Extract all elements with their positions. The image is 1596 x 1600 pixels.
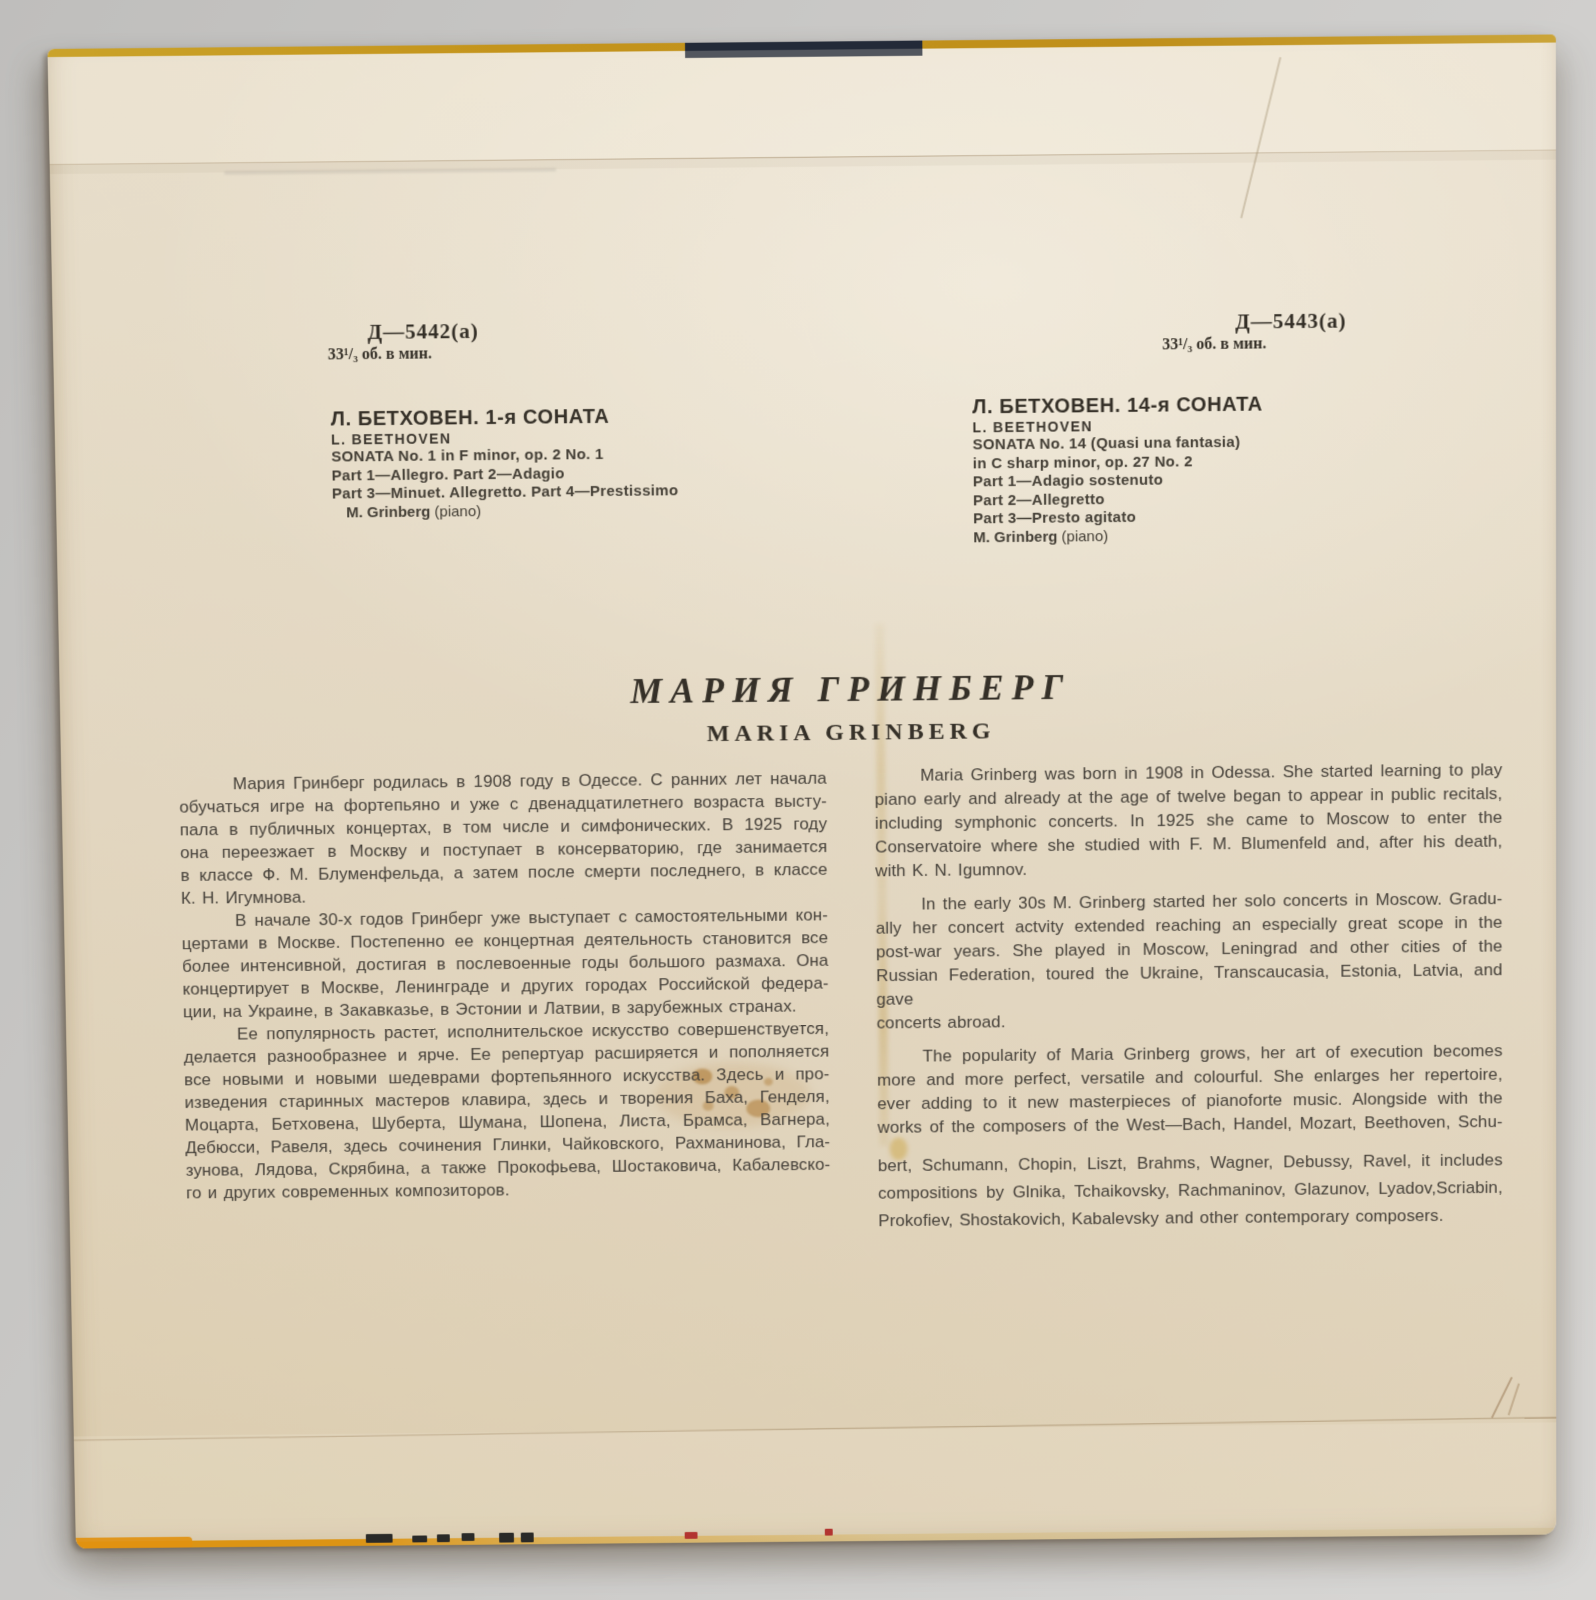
work-lines: SONATA No. 14 (Quasi una fantasia)in C s…: [973, 432, 1413, 473]
biography-russian: Мария Гринберг родилась в 1908 году в Од…: [179, 767, 831, 1205]
album-back-cover: Д—5442(а) 33¹/₃ об. в мин. Д—5443(а) 33¹…: [47, 34, 1556, 1548]
speed-label-side-2: 33¹/₃ об. в мин.: [1162, 335, 1266, 354]
disc-info-side-1: Л. БЕТХОВЕН. 1-я СОНАТА L. BEETHOVEN SON…: [331, 404, 773, 522]
bio-paragraph: bert, Schumann, Chopin, Liszt, Brahms, W…: [878, 1147, 1503, 1235]
speed-label-side-1: 33¹/₃ об. в мин.: [328, 345, 432, 364]
bio-line: works of the composers of the West—Bach,…: [877, 1110, 1502, 1140]
instrument-label: (piano): [434, 503, 481, 520]
movement-lines: Part 1—Adagio sostenutoPart 2—Allegretto…: [973, 469, 1413, 529]
bio-line: Prokofiev, Shostakovich, Kabalevsky and …: [878, 1202, 1502, 1235]
disc-info-side-2: Л. БЕТХОВЕН. 14-я СОНАТА L. BEETHOVEN SO…: [972, 392, 1413, 547]
bio-line: concerts abroad.: [877, 1006, 1503, 1036]
catalog-number-side-2: Д—5443(а): [1235, 308, 1346, 334]
photo-backdrop: Д—5442(а) 33¹/₃ об. в мин. Д—5443(а) 33¹…: [0, 0, 1596, 1600]
bio-paragraph: In the early 30s M. Grinberg started her…: [875, 887, 1502, 1035]
bio-paragraph: В начале 30-х годов Гринберг уже выступа…: [181, 903, 829, 1023]
catalog-number-side-1: Д—5442(а): [367, 319, 479, 345]
artist-name-english: MARIA GRINBERG: [492, 715, 1210, 750]
bio-paragraph: The popularity of Maria Grinberg grows, …: [877, 1039, 1503, 1139]
bio-line: го и других современных композиторов.: [186, 1176, 831, 1205]
artist-title-block: МАРИЯ ГРИНБЕРГ MARIA GRINBERG: [491, 666, 1210, 750]
performer-name: M. Grinberg: [346, 503, 430, 521]
instrument-label: (piano): [1062, 528, 1109, 545]
bio-paragraph: Мария Гринберг родилась в 1908 году в Од…: [179, 767, 828, 910]
bio-paragraph: Maria Grinberg was born in 1908 in Odess…: [874, 758, 1502, 883]
movement-lines: Part 1—Allegro. Part 2—AdagioPart 3—Minu…: [332, 463, 773, 504]
biography-english: Maria Grinberg was born in 1908 in Odess…: [874, 758, 1502, 1235]
bio-line: with K. N. Igumnov.: [875, 853, 1502, 883]
performer-name: M. Grinberg: [973, 528, 1057, 546]
bio-line: Russian Federation, toured the Ukraine, …: [876, 958, 1502, 1011]
performer-line: M. Grinberg (piano): [973, 525, 1413, 548]
artist-name-russian: МАРИЯ ГРИНБЕРГ: [491, 666, 1210, 713]
bio-paragraph: Ее популярность растет, исполнительское …: [183, 1017, 830, 1204]
printed-content: Д—5442(а) 33¹/₃ об. в мин. Д—5443(а) 33¹…: [47, 34, 1556, 1548]
performer-line: M. Grinberg (piano): [332, 500, 772, 523]
